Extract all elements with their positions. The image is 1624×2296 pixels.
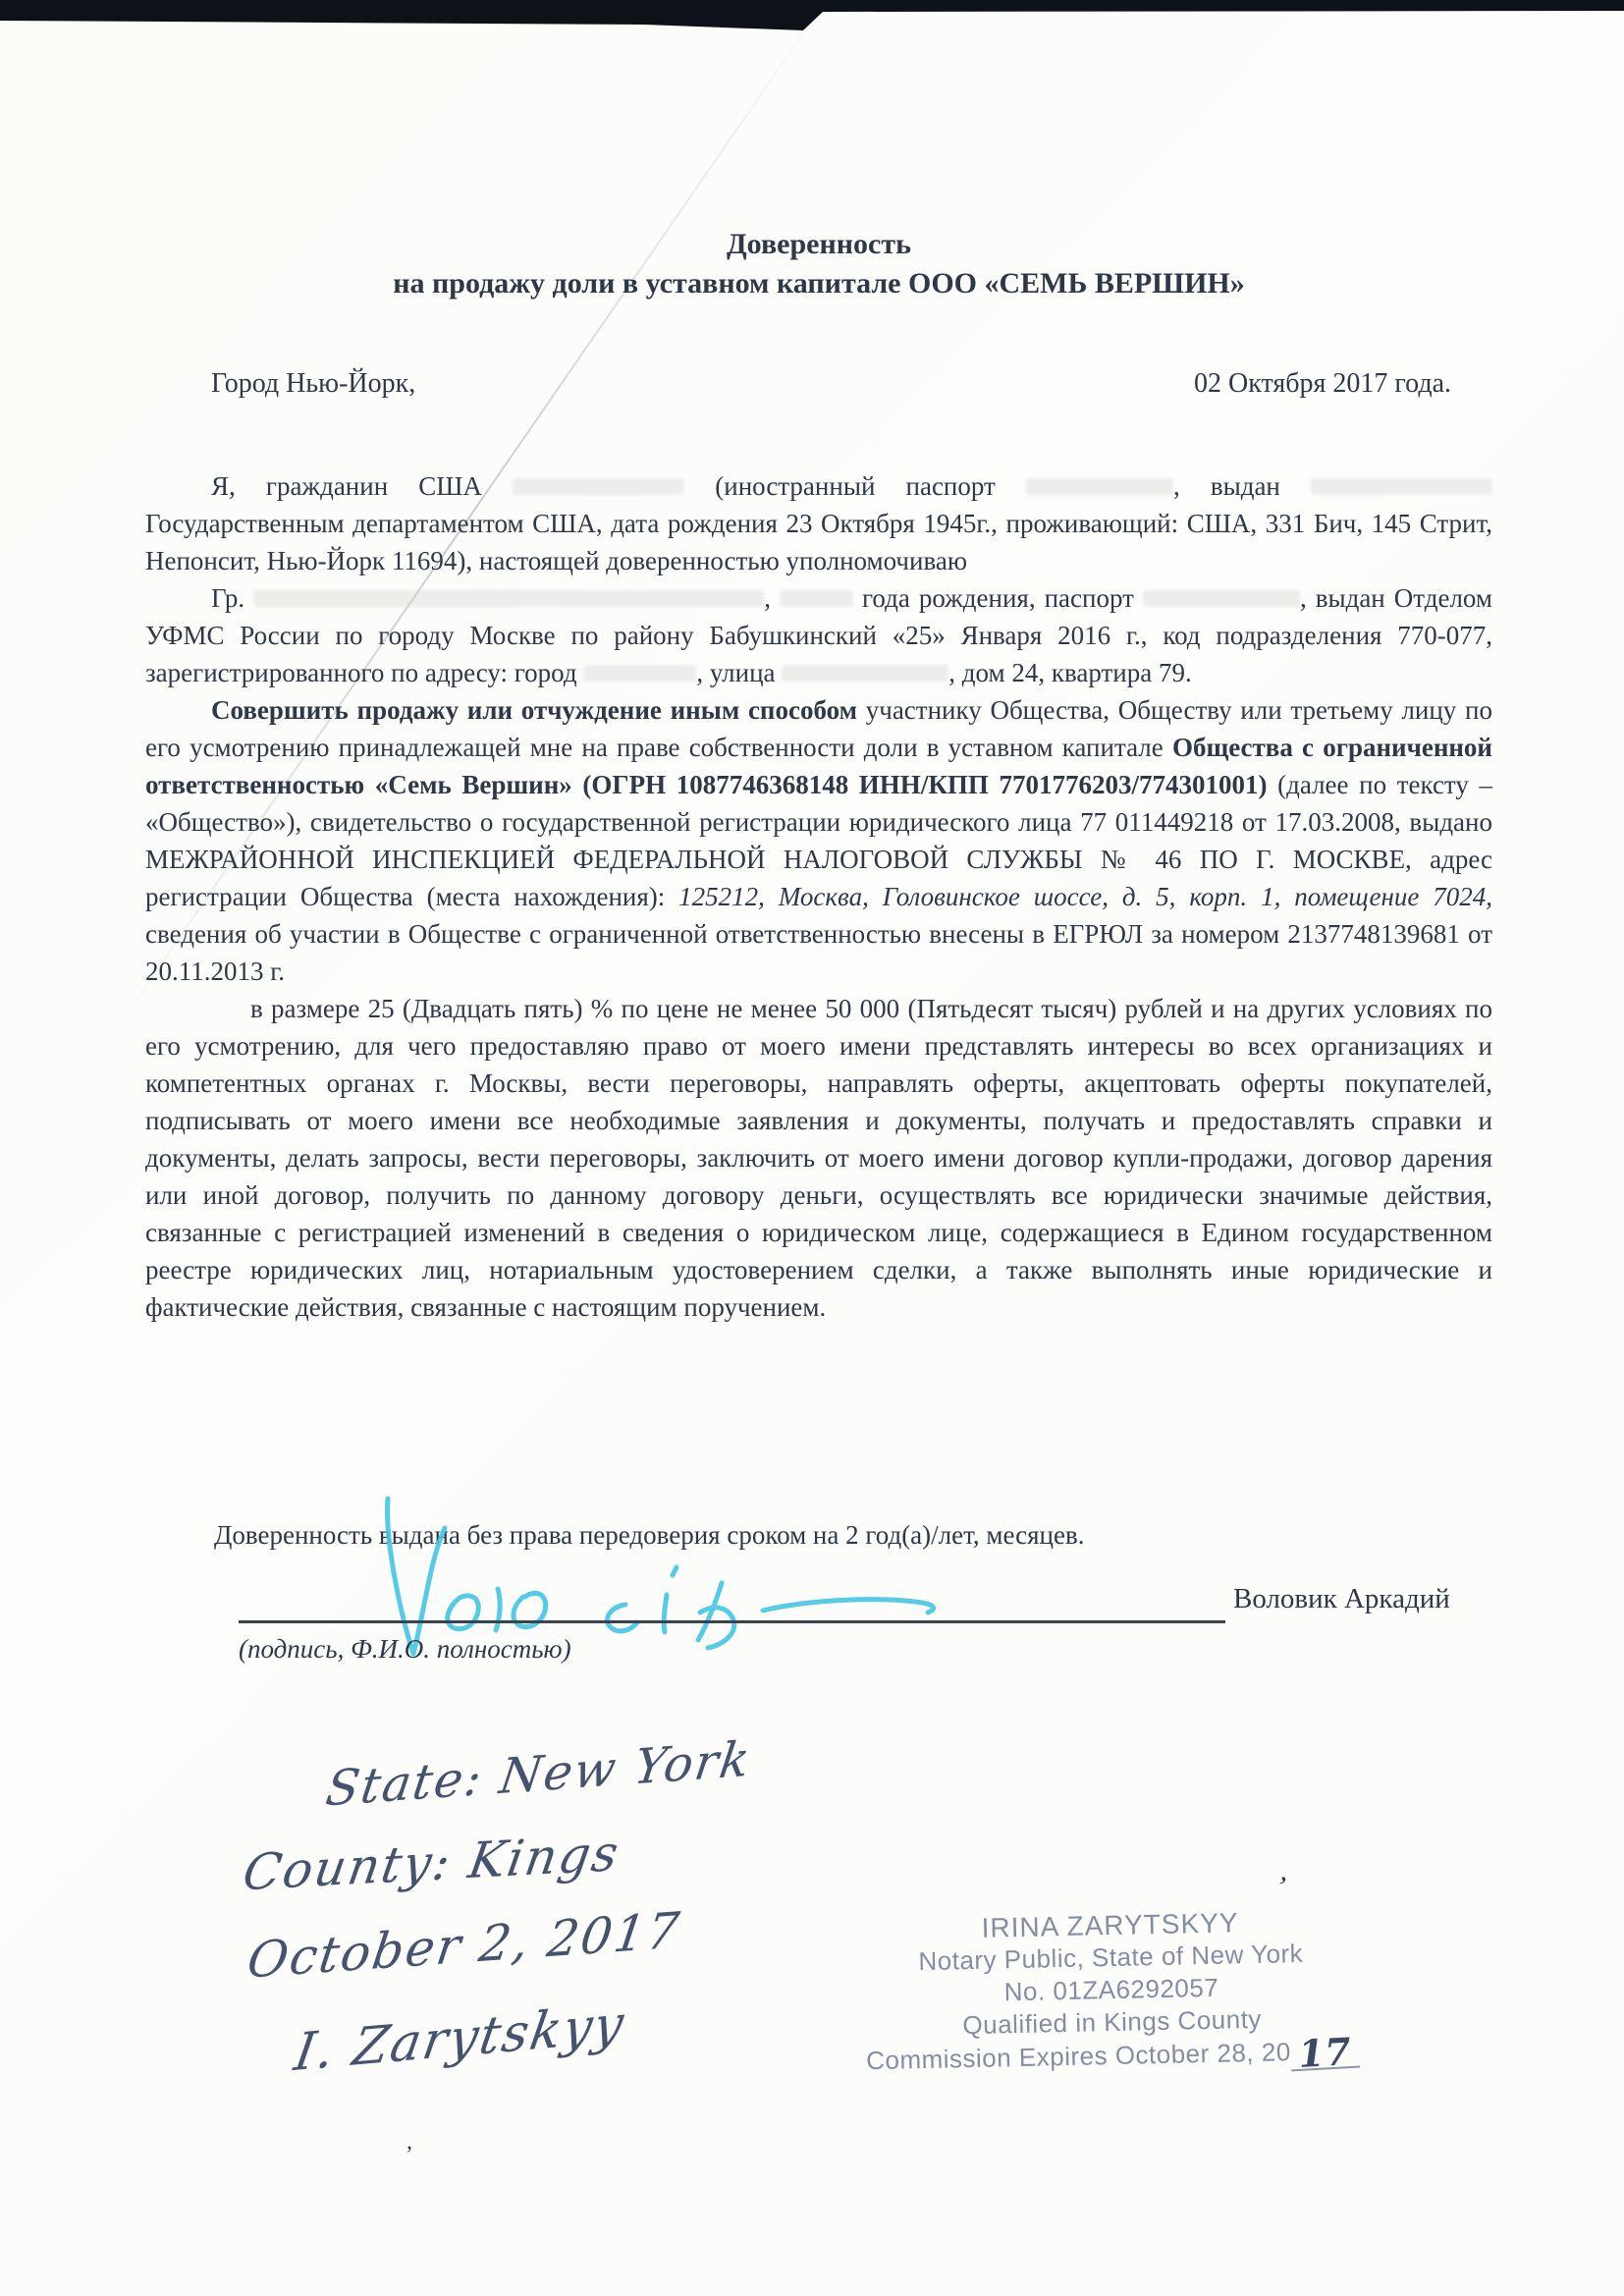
signature-caption: (подпись, Ф.И.О. полностью) <box>239 1634 571 1665</box>
text-run: Я, гражданин США <box>211 471 513 501</box>
principal-name: Воловик Аркадий <box>1233 1583 1450 1615</box>
text-run: , <box>764 583 780 613</box>
place-date-row: Город Нью-Йорк, 02 Октября 2017 года. <box>211 365 1451 403</box>
text-run: , дом 24, квартира 79. <box>948 658 1191 687</box>
notary-signature: I. Zarytskyy <box>291 1995 629 2083</box>
handwritten-state-line: State: New York <box>322 1731 754 1818</box>
ink-speck: , <box>406 2129 412 2156</box>
main-text: Я, гражданин США (иностранный паспорт , … <box>145 467 1492 1326</box>
paragraph-principal: Я, гражданин США (иностранный паспорт , … <box>145 467 1492 579</box>
city-label: Город Нью-Йорк, <box>211 365 415 403</box>
redaction <box>1026 478 1173 495</box>
ink-speck: ’ <box>1272 1870 1290 1904</box>
redaction <box>583 665 696 682</box>
redaction <box>253 590 764 607</box>
text-run: (иностранный паспорт <box>684 471 1026 501</box>
signature-line <box>239 1620 1225 1623</box>
redaction <box>513 478 684 495</box>
document-title: Доверенность <box>145 226 1492 263</box>
paragraph-share-terms: в размере 25 (Двадцать пять) % по цене н… <box>145 990 1492 1326</box>
stamp-expiry-text: Commission Expires October 28, 20 <box>866 2037 1291 2075</box>
redaction <box>1311 478 1492 495</box>
text-run: Гр. <box>211 583 253 613</box>
text-run: года рождения, паспорт <box>853 583 1143 613</box>
text-run: 125212, Москва, Головинское шоссе, д. 5,… <box>678 882 1492 911</box>
paragraph-powers: Совершить продажу или отчуждение иным сп… <box>145 691 1492 990</box>
date-label: 02 Октября 2017 года. <box>1194 365 1451 403</box>
text-run: , улица <box>696 658 782 687</box>
scanned-page: Доверенность на продажу доли в уставном … <box>0 0 1624 2296</box>
text-run: Государственным департаментом США, дата … <box>145 509 1492 575</box>
notary-stamp: IRINA ZARYTSKYY Notary Public, State of … <box>844 1903 1378 2077</box>
document-subtitle: на продажу доли в уставном капитале ООО … <box>145 265 1492 302</box>
stamp-handwritten-year: 17 <box>1290 2039 1360 2072</box>
redaction <box>1143 590 1300 607</box>
paragraph-attorney: Гр. , года рождения, паспорт , выдан Отд… <box>145 579 1492 691</box>
handwritten-date-line: October 2, 2017 <box>244 1901 684 1990</box>
handwritten-county-line: County: Kings <box>240 1825 624 1902</box>
redaction <box>780 590 853 607</box>
text-run: , выдан <box>1173 471 1311 501</box>
text-run: сведения об участии в Обществе с огранич… <box>145 919 1492 986</box>
text-run: Совершить продажу или отчуждение иным сп… <box>211 695 857 725</box>
redaction <box>782 665 948 682</box>
